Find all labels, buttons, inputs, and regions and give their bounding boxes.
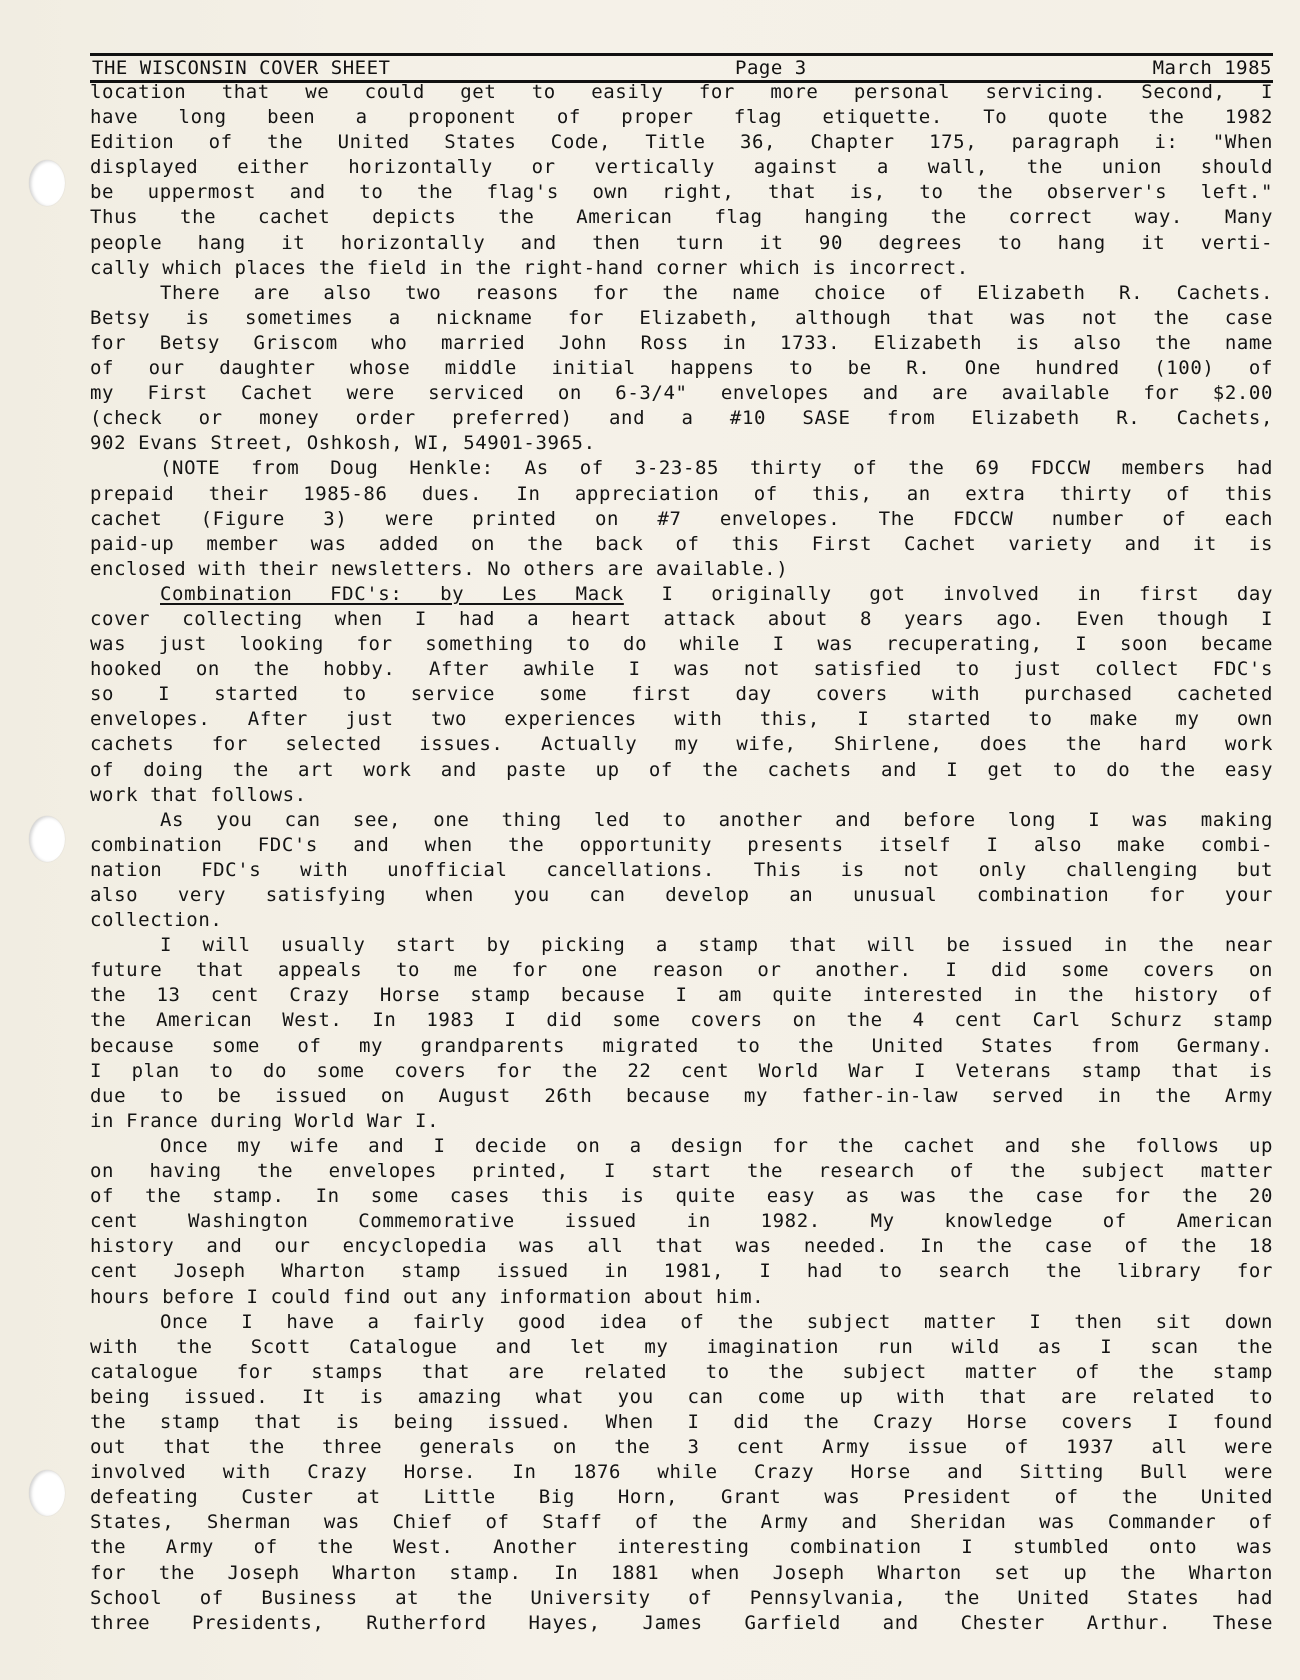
- text-line: Thus the cachet depicts the American fla…: [90, 205, 1273, 230]
- page-number: Page 3: [735, 57, 807, 79]
- text-line: being issued. It is amazing what you can…: [90, 1385, 1273, 1410]
- line-text: I originally got involved in first day: [624, 583, 1273, 605]
- line-text: (check or money order preferred) and a #…: [90, 407, 1273, 429]
- line-text: There are also two reasons for the name …: [160, 282, 1273, 304]
- punch-hole: [29, 1470, 65, 1516]
- text-line: States, Sherman was Chief of Staff of th…: [90, 1510, 1273, 1535]
- text-line: in France during World War I.: [90, 1109, 1273, 1134]
- text-line: paid-up member was added on the back of …: [90, 532, 1273, 557]
- text-line: for Betsy Griscom who married John Ross …: [90, 331, 1273, 356]
- line-text: enclosed with their newsletters. No othe…: [90, 558, 788, 580]
- text-line: As you can see, one thing led to another…: [90, 808, 1273, 833]
- text-line: nation FDC's with unofficial cancellatio…: [90, 858, 1273, 883]
- line-text: also very satisfying when you can develo…: [90, 884, 1273, 906]
- line-text: history and our encyclopedia was all tha…: [90, 1235, 1273, 1257]
- text-line: I will usually start by picking a stamp …: [90, 933, 1273, 958]
- punch-hole: [29, 160, 65, 206]
- text-line: Edition of the United States Code, Title…: [90, 130, 1273, 155]
- line-text: of the stamp. In some cases this is quit…: [90, 1185, 1273, 1207]
- issue-date: March 1985: [1153, 57, 1272, 79]
- text-line: There are also two reasons for the name …: [90, 281, 1273, 306]
- line-text: three Presidents, Rutherford Hayes, Jame…: [90, 1612, 1273, 1634]
- line-text: displayed either horizontally or vertica…: [90, 156, 1273, 178]
- line-text: for Betsy Griscom who married John Ross …: [90, 332, 1273, 354]
- line-text: cent Joseph Wharton stamp issued in 1981…: [90, 1260, 1273, 1282]
- text-line: hooked on the hobby. After awhile I was …: [90, 657, 1273, 682]
- line-text: nation FDC's with unofficial cancellatio…: [90, 859, 1273, 881]
- line-text: cover collecting when I had a heart atta…: [90, 608, 1273, 630]
- text-line: I plan to do some covers for the 22 cent…: [90, 1059, 1273, 1084]
- line-text: paid-up member was added on the back of …: [90, 533, 1273, 555]
- text-line: future that appeals to me for one reason…: [90, 958, 1273, 983]
- line-text: Once my wife and I decide on a design fo…: [160, 1135, 1273, 1157]
- text-line: enclosed with their newsletters. No othe…: [90, 557, 1273, 582]
- text-line: was just looking for something to do whi…: [90, 632, 1273, 657]
- text-line: out that the three generals on the 3 cen…: [90, 1435, 1273, 1460]
- text-line: catalogue for stamps that are related to…: [90, 1360, 1273, 1385]
- text-line: collection.: [90, 908, 1273, 933]
- text-line: combination FDC's and when the opportuni…: [90, 833, 1273, 858]
- line-text: on having the envelopes printed, I start…: [90, 1160, 1273, 1182]
- line-text: Edition of the United States Code, Title…: [90, 131, 1273, 153]
- text-line: hours before I could find out any inform…: [90, 1285, 1273, 1310]
- line-text: cachets for selected issues. Actually my…: [90, 733, 1273, 755]
- line-text: As you can see, one thing led to another…: [160, 809, 1273, 831]
- text-line: Betsy is sometimes a nickname for Elizab…: [90, 306, 1273, 331]
- text-line: of the stamp. In some cases this is quit…: [90, 1184, 1273, 1209]
- line-text: envelopes. After just two experiences wi…: [90, 708, 1273, 730]
- text-line: location that we could get to easily for…: [90, 80, 1273, 105]
- text-line: have long been a proponent of proper fla…: [90, 105, 1273, 130]
- line-text: have long been a proponent of proper fla…: [90, 106, 1273, 128]
- text-line: Once my wife and I decide on a design fo…: [90, 1134, 1273, 1159]
- newsletter-title: THE WISCONSIN COVER SHEET: [92, 57, 390, 79]
- line-text: location that we could get to easily for…: [90, 81, 1273, 103]
- article-heading-line: Combination FDC's: by Les Mack I origina…: [90, 582, 1273, 607]
- text-line: the Army of the West. Another interestin…: [90, 1535, 1273, 1560]
- line-text: work that follows.: [90, 784, 307, 806]
- line-text: being issued. It is amazing what you can…: [90, 1386, 1273, 1408]
- line-text: so I started to service some first day c…: [90, 683, 1273, 705]
- line-text: hooked on the hobby. After awhile I was …: [90, 658, 1273, 680]
- text-line: be uppermost and to the flag's own right…: [90, 180, 1273, 205]
- text-line: displayed either horizontally or vertica…: [90, 155, 1273, 180]
- text-line: three Presidents, Rutherford Hayes, Jame…: [90, 1611, 1273, 1636]
- text-line: because some of my grandparents migrated…: [90, 1034, 1273, 1059]
- text-line: involved with Crazy Horse. In 1876 while…: [90, 1460, 1273, 1485]
- text-line: cent Washington Commemorative issued in …: [90, 1209, 1273, 1234]
- punch-hole: [29, 816, 65, 862]
- line-text: the stamp that is being issued. When I d…: [90, 1411, 1273, 1433]
- line-text: was just looking for something to do whi…: [90, 633, 1273, 655]
- running-header: THE WISCONSIN COVER SHEET Page 3 March 1…: [90, 53, 1273, 83]
- line-text: be uppermost and to the flag's own right…: [90, 181, 1273, 203]
- line-text: I will usually start by picking a stamp …: [160, 934, 1273, 956]
- line-text: in France during World War I.: [90, 1110, 439, 1132]
- article-body: location that we could get to easily for…: [90, 80, 1273, 1636]
- text-line: cachets for selected issues. Actually my…: [90, 732, 1273, 757]
- line-text: of doing the art work and paste up of th…: [90, 759, 1273, 781]
- text-line: work that follows.: [90, 783, 1273, 808]
- text-line: the 13 cent Crazy Horse stamp because I …: [90, 983, 1273, 1008]
- text-line: prepaid their 1985-86 dues. In appreciat…: [90, 482, 1273, 507]
- text-line: my First Cachet were serviced on 6-3/4" …: [90, 381, 1273, 406]
- line-text: collection.: [90, 909, 222, 931]
- text-line: Once I have a fairly good idea of the su…: [90, 1310, 1273, 1335]
- article-heading: Combination FDC's: by Les Mack: [160, 583, 624, 605]
- text-line: (NOTE from Doug Henkle: As of 3-23-85 th…: [90, 456, 1273, 481]
- line-text: 902 Evans Street, Oshkosh, WI, 54901-396…: [90, 432, 596, 454]
- text-line: people hang it horizontally and then tur…: [90, 231, 1273, 256]
- text-line: defeating Custer at Little Big Horn, Gra…: [90, 1485, 1273, 1510]
- line-text: of our daughter whose middle initial hap…: [90, 357, 1273, 379]
- line-text: people hang it horizontally and then tur…: [90, 232, 1273, 254]
- text-line: of doing the art work and paste up of th…: [90, 758, 1273, 783]
- line-text: cally which places the field in the righ…: [90, 257, 969, 279]
- line-text: the Army of the West. Another interestin…: [90, 1536, 1273, 1558]
- line-text: for the Joseph Wharton stamp. In 1881 wh…: [90, 1562, 1273, 1584]
- line-text: (NOTE from Doug Henkle: As of 3-23-85 th…: [160, 457, 1273, 479]
- text-line: envelopes. After just two experiences wi…: [90, 707, 1273, 732]
- line-text: future that appeals to me for one reason…: [90, 959, 1273, 981]
- text-line: 902 Evans Street, Oshkosh, WI, 54901-396…: [90, 431, 1273, 456]
- line-text: Thus the cachet depicts the American fla…: [90, 206, 1273, 228]
- line-text: hours before I could find out any inform…: [90, 1286, 764, 1308]
- line-text: because some of my grandparents migrated…: [90, 1035, 1273, 1057]
- document-page: THE WISCONSIN COVER SHEET Page 3 March 1…: [0, 0, 1300, 1680]
- text-line: (check or money order preferred) and a #…: [90, 406, 1273, 431]
- text-line: the stamp that is being issued. When I d…: [90, 1410, 1273, 1435]
- line-text: my First Cachet were serviced on 6-3/4" …: [90, 382, 1273, 404]
- text-line: also very satisfying when you can develo…: [90, 883, 1273, 908]
- text-line: history and our encyclopedia was all tha…: [90, 1234, 1273, 1259]
- text-line: cachet (Figure 3) were printed on #7 env…: [90, 507, 1273, 532]
- line-text: Betsy is sometimes a nickname for Elizab…: [90, 307, 1273, 329]
- line-text: cachet (Figure 3) were printed on #7 env…: [90, 508, 1273, 530]
- line-text: the American West. In 1983 I did some co…: [90, 1009, 1273, 1031]
- text-line: of our daughter whose middle initial hap…: [90, 356, 1273, 381]
- text-line: cent Joseph Wharton stamp issued in 1981…: [90, 1259, 1273, 1284]
- text-line: with the Scott Catalogue and let my imag…: [90, 1335, 1273, 1360]
- text-line: cally which places the field in the righ…: [90, 256, 1273, 281]
- text-line: for the Joseph Wharton stamp. In 1881 wh…: [90, 1561, 1273, 1586]
- text-line: so I started to service some first day c…: [90, 682, 1273, 707]
- line-text: prepaid their 1985-86 dues. In appreciat…: [90, 483, 1273, 505]
- line-text: with the Scott Catalogue and let my imag…: [90, 1336, 1273, 1358]
- line-text: the 13 cent Crazy Horse stamp because I …: [90, 984, 1273, 1006]
- line-text: School of Business at the University of …: [90, 1587, 1273, 1609]
- line-text: cent Washington Commemorative issued in …: [90, 1210, 1273, 1232]
- text-line: cover collecting when I had a heart atta…: [90, 607, 1273, 632]
- text-line: on having the envelopes printed, I start…: [90, 1159, 1273, 1184]
- line-text: defeating Custer at Little Big Horn, Gra…: [90, 1486, 1273, 1508]
- line-text: States, Sherman was Chief of Staff of th…: [90, 1511, 1273, 1533]
- line-text: combination FDC's and when the opportuni…: [90, 834, 1273, 856]
- text-line: the American West. In 1983 I did some co…: [90, 1008, 1273, 1033]
- line-text: catalogue for stamps that are related to…: [90, 1361, 1273, 1383]
- line-text: involved with Crazy Horse. In 1876 while…: [90, 1461, 1273, 1483]
- line-text: I plan to do some covers for the 22 cent…: [90, 1060, 1273, 1082]
- line-text: due to be issued on August 26th because …: [90, 1085, 1273, 1107]
- text-line: due to be issued on August 26th because …: [90, 1084, 1273, 1109]
- text-line: School of Business at the University of …: [90, 1586, 1273, 1611]
- line-text: Once I have a fairly good idea of the su…: [160, 1311, 1273, 1333]
- line-text: out that the three generals on the 3 cen…: [90, 1436, 1273, 1458]
